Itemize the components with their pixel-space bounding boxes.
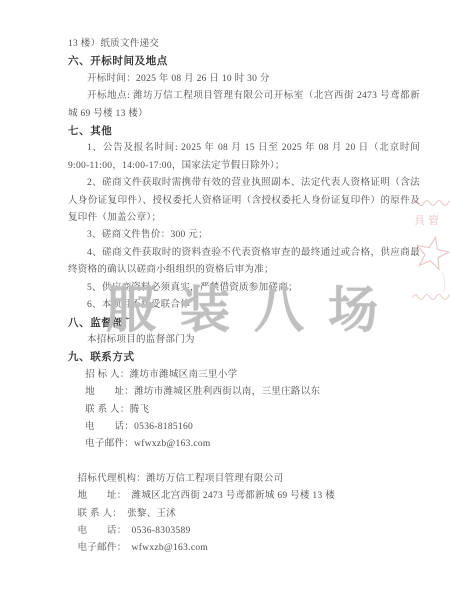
carryover-line: 13 楼）纸质文件递交: [68, 36, 420, 53]
tenderer-phone-line: 电 话：0536-8185160: [68, 419, 420, 436]
supervision-line: 本招标项目的监督部门为: [68, 332, 420, 349]
section-6-heading: 六、开标时间及地点: [68, 53, 420, 70]
agency-address-line: 地 址： 潍城区北宫西街 2473 号鸢都新城 69 号楼 13 楼: [68, 488, 420, 505]
other-item-1: 1、公告及报名时间: 2025 年 08 月 15 日至 2025 年 08 月…: [68, 140, 420, 175]
bid-opening-place-line: 开标地点: 潍坊万信工程项目管理有限公司开标室（北宫西街 2473 号鸢都新城 …: [68, 88, 420, 123]
seal-text: 具管: [414, 213, 442, 227]
agency-email-line: 电子邮件： wfwxzb@163.com: [68, 540, 420, 557]
other-item-4: 4、磋商文件获取时的资料查验不代表资格审查的最终通过或合格，供应商最终资格的确认…: [68, 245, 420, 280]
tender-notice-page: 13 楼）纸质文件递交 六、开标时间及地点 开标时间：2025 年 08 月 2…: [0, 0, 450, 600]
agency-contact-line: 联 系 人： 张黎、王沭: [68, 506, 420, 523]
bid-opening-time-line: 开标时间：2025 年 08 月 26 日 10 时 30 分: [68, 71, 420, 88]
other-item-6: 6、本项目不接受联合体: [68, 297, 420, 314]
section-9-heading: 九、联系方式: [68, 349, 420, 366]
section-7-heading: 七、其他: [68, 123, 420, 140]
seal-star-icon: 具管: [412, 196, 450, 308]
agency-block: 招标代理机构：潍坊万信工程项目管理有限公司 地 址： 潍城区北宫西街 2473 …: [68, 471, 420, 558]
other-item-5: 5、供应商资料必须真实，严禁借资质参加磋商；: [68, 280, 420, 297]
red-seal-stamp: 具管: [412, 196, 450, 308]
section-8-heading: 八、监督部门: [68, 315, 420, 332]
other-item-3: 3、磋商文件售价：300 元；: [68, 227, 420, 244]
agency-phone-line: 电 话： 0536-8303589: [68, 523, 420, 540]
tenderer-address-line: 地 址：潍坊市潍城区胜利西街以南，三里庄路以东: [68, 384, 420, 401]
tenderer-name-line: 招 标 人：潍坊市潍城区南三里小学: [68, 367, 420, 384]
agency-name-line: 招标代理机构：潍坊万信工程项目管理有限公司: [68, 471, 420, 488]
document-body: 13 楼）纸质文件递交 六、开标时间及地点 开标时间：2025 年 08 月 2…: [68, 36, 420, 558]
tenderer-contact-line: 联 系 人：腾飞: [68, 402, 420, 419]
tenderer-email-line: 电子邮件：wfwxzb@163.com: [68, 436, 420, 453]
other-item-2: 2、磋商文件获取时需携带有效的营业执照副本、法定代表人资格证明（含法人身份证复印…: [68, 175, 420, 227]
